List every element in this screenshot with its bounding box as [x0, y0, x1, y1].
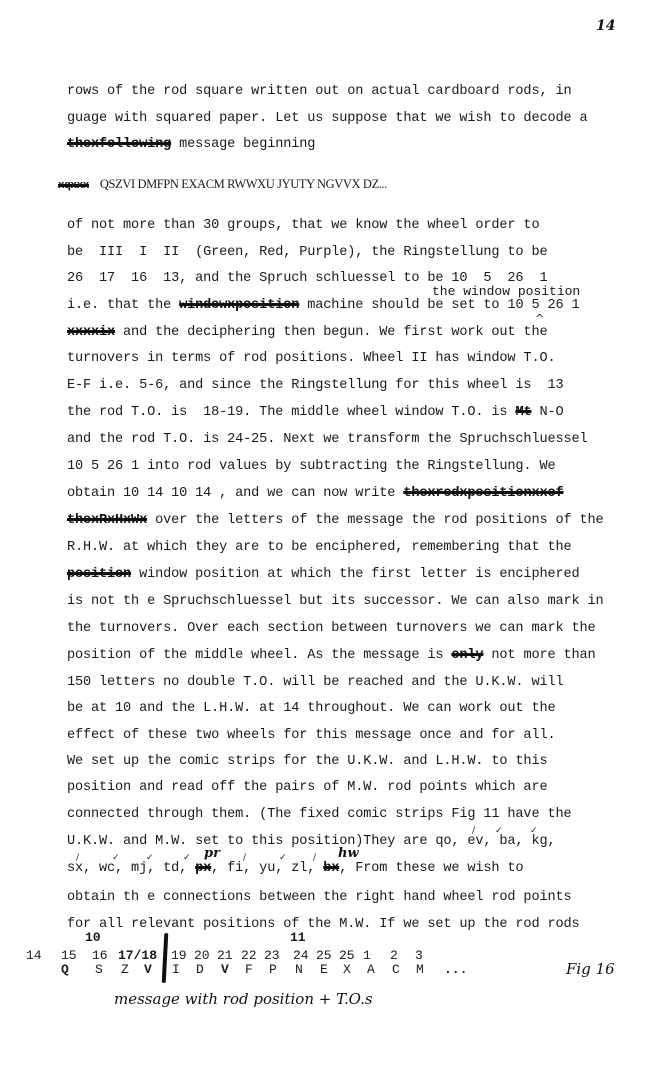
text-line: R.H.W. at which they are to be enciphere…	[67, 540, 571, 556]
check-mark-icon: /	[313, 853, 316, 863]
message-letter: S	[95, 962, 103, 977]
message-letter: Q	[61, 962, 69, 977]
text-fragment: window position at which the first lette…	[131, 567, 579, 582]
rod-position: 3	[415, 948, 423, 963]
check-mark-icon: ✓	[146, 853, 154, 863]
struck-text: xqxxx	[58, 180, 89, 192]
text-line: obtain 10 14 10 14 , and we can now writ…	[67, 486, 563, 502]
text-line: 150 letters no double T.O. will be reach…	[67, 675, 563, 691]
message-letter: A	[367, 962, 375, 977]
struck-text: Mt	[515, 405, 531, 420]
message-letter: M	[416, 962, 424, 977]
mw-marker: 11	[290, 930, 306, 945]
text-fragment: not more than	[483, 648, 595, 663]
text-line: connected through them. (The fixed comic…	[67, 807, 571, 823]
rod-position: 15	[61, 948, 77, 963]
check-mark-icon: /	[243, 853, 246, 863]
text-line: xxxxix and the deciphering then begun. W…	[67, 325, 547, 341]
message-letter: Z	[121, 962, 129, 977]
message-letter: V	[221, 962, 229, 977]
text-line: effect of these two wheels for this mess…	[67, 728, 555, 744]
rod-position: 14	[26, 948, 42, 963]
handwritten-correction: hw	[338, 846, 359, 861]
text-line: the rod T.O. is 18-19. The middle wheel …	[67, 405, 563, 421]
ciphertext-line: xqxxx QSZVI DMFPN EXACM RWWXU JYUTY NGVV…	[58, 177, 387, 192]
struck-text: px	[195, 861, 211, 876]
text-line: E-F i.e. 5-6, and since the Ringstellung…	[67, 378, 563, 394]
check-mark-icon: ✓	[112, 853, 120, 863]
text-line: and the rod T.O. is 24-25. Next we trans…	[67, 432, 588, 448]
text-fragment: sx, wc, mj, td,	[67, 861, 195, 876]
message-letter: X	[343, 962, 351, 977]
check-mark-icon: ✓	[495, 826, 503, 836]
message-letter: N	[295, 962, 303, 977]
text-fragment: and the deciphering then begun. We first…	[115, 325, 547, 340]
rod-position: 25	[339, 948, 355, 963]
message-letter: P	[269, 962, 277, 977]
check-mark-icon: ✓	[279, 853, 287, 863]
letter-row: Q S Z V I D V F P N E X A C M ...	[61, 962, 481, 978]
message-letter: F	[245, 962, 253, 977]
text-line: U.K.W. and M.W. set to this position)The…	[67, 834, 555, 850]
cipher-groups: QSZVI DMFPN EXACM RWWXU JYUTY NGVVX DZ..…	[100, 177, 387, 191]
rod-position: 21	[217, 948, 233, 963]
struck-text: thexfollowing	[67, 137, 171, 152]
rod-position: 16	[92, 948, 108, 963]
struck-text: xxxxix	[67, 325, 115, 340]
rod-position: 20	[194, 948, 210, 963]
text-fragment: machine should be set to 10 5 26 1	[299, 298, 579, 313]
text-line: turnovers in terms of rod positions. Whe…	[67, 351, 555, 367]
check-mark-icon: /	[472, 826, 475, 836]
text-line: sx, wc, mj, td, px, fi, yu, zl, bx, From…	[67, 861, 523, 877]
text-line: position of the middle wheel. As the mes…	[67, 648, 596, 664]
message-letter: I	[172, 962, 180, 977]
text-fragment: position of the middle wheel. As the mes…	[67, 648, 451, 663]
text-fragment: the rod T.O. is 18-19. The middle wheel …	[67, 405, 515, 420]
struck-text: thexrodxpositionxxof	[403, 486, 563, 501]
text-line: i.e. that the windowxposition machine sh…	[67, 298, 580, 314]
text-line: obtain th e connections between the righ…	[67, 890, 571, 906]
text-fragment: N-O	[531, 405, 563, 420]
text-line: thexfollowing message beginning	[67, 137, 315, 153]
struck-text: windowxposition	[179, 298, 299, 313]
rod-position: 23	[264, 948, 280, 963]
rod-position: 17/18	[118, 948, 157, 963]
text-line: We set up the comic strips for the U.K.W…	[67, 754, 547, 770]
text-fragment: over the letters of the message the rod …	[147, 513, 603, 528]
text-fragment: , From these we wish to	[339, 861, 523, 876]
ellipsis: ...	[444, 962, 467, 977]
handwritten-figure-label: Fig 16	[566, 960, 615, 978]
rod-position: 25	[316, 948, 332, 963]
handwritten-page-number: 14	[596, 18, 615, 34]
inserted-text-above: the window position	[432, 284, 580, 299]
rod-position: 24	[293, 948, 309, 963]
text-line: 10 5 26 1 into rod values by subtracting…	[67, 459, 555, 475]
rod-position: 22	[241, 948, 257, 963]
rod-position: 2	[390, 948, 398, 963]
text-line: be at 10 and the L.H.W. at 14 throughout…	[67, 701, 555, 717]
message-letter: D	[196, 962, 204, 977]
struck-text: only	[451, 648, 483, 663]
rod-position: 1	[363, 948, 371, 963]
insertion-caret-icon: ^	[535, 312, 544, 325]
text-fragment: , fi, yu, zl,	[211, 861, 323, 876]
handwritten-figure-caption: message with rod position + T.O.s	[114, 990, 373, 1008]
rod-position: 19	[171, 948, 187, 963]
text-line: rows of the rod square written out on ac…	[67, 84, 571, 100]
struck-text: position	[67, 567, 131, 582]
message-letter: E	[320, 962, 328, 977]
text-fragment: message beginning	[171, 137, 315, 152]
text-fragment: i.e. that the	[67, 298, 179, 313]
check-mark-icon: ✓	[183, 853, 191, 863]
struck-text: thexRxHxWx	[67, 513, 147, 528]
message-letter: V	[144, 962, 152, 977]
text-fragment: obtain 10 14 10 14 , and we can now writ…	[67, 486, 403, 501]
struck-text: bx	[323, 861, 339, 876]
text-line: position window position at which the fi…	[67, 567, 580, 583]
text-line: be III I II (Green, Red, Purple), the Ri…	[67, 245, 547, 261]
text-line: position and read off the pairs of M.W. …	[67, 780, 547, 796]
text-line: thexRxHxWx over the letters of the messa…	[67, 513, 604, 529]
message-letter: C	[392, 962, 400, 977]
text-line: of not more than 30 groups, that we know…	[67, 218, 539, 234]
check-mark-icon: ✓	[530, 826, 538, 836]
text-line: the turnovers. Over each section between…	[67, 621, 596, 637]
text-line: is not th e Spruchschluessel but its suc…	[67, 594, 604, 610]
mw-marker: 10	[85, 930, 101, 945]
text-line: guage with squared paper. Let us suppose…	[67, 111, 588, 127]
handwritten-correction: pr	[204, 846, 220, 861]
text-line: for all relevant positions of the M.W. I…	[67, 917, 580, 933]
check-mark-icon: /	[76, 853, 79, 863]
